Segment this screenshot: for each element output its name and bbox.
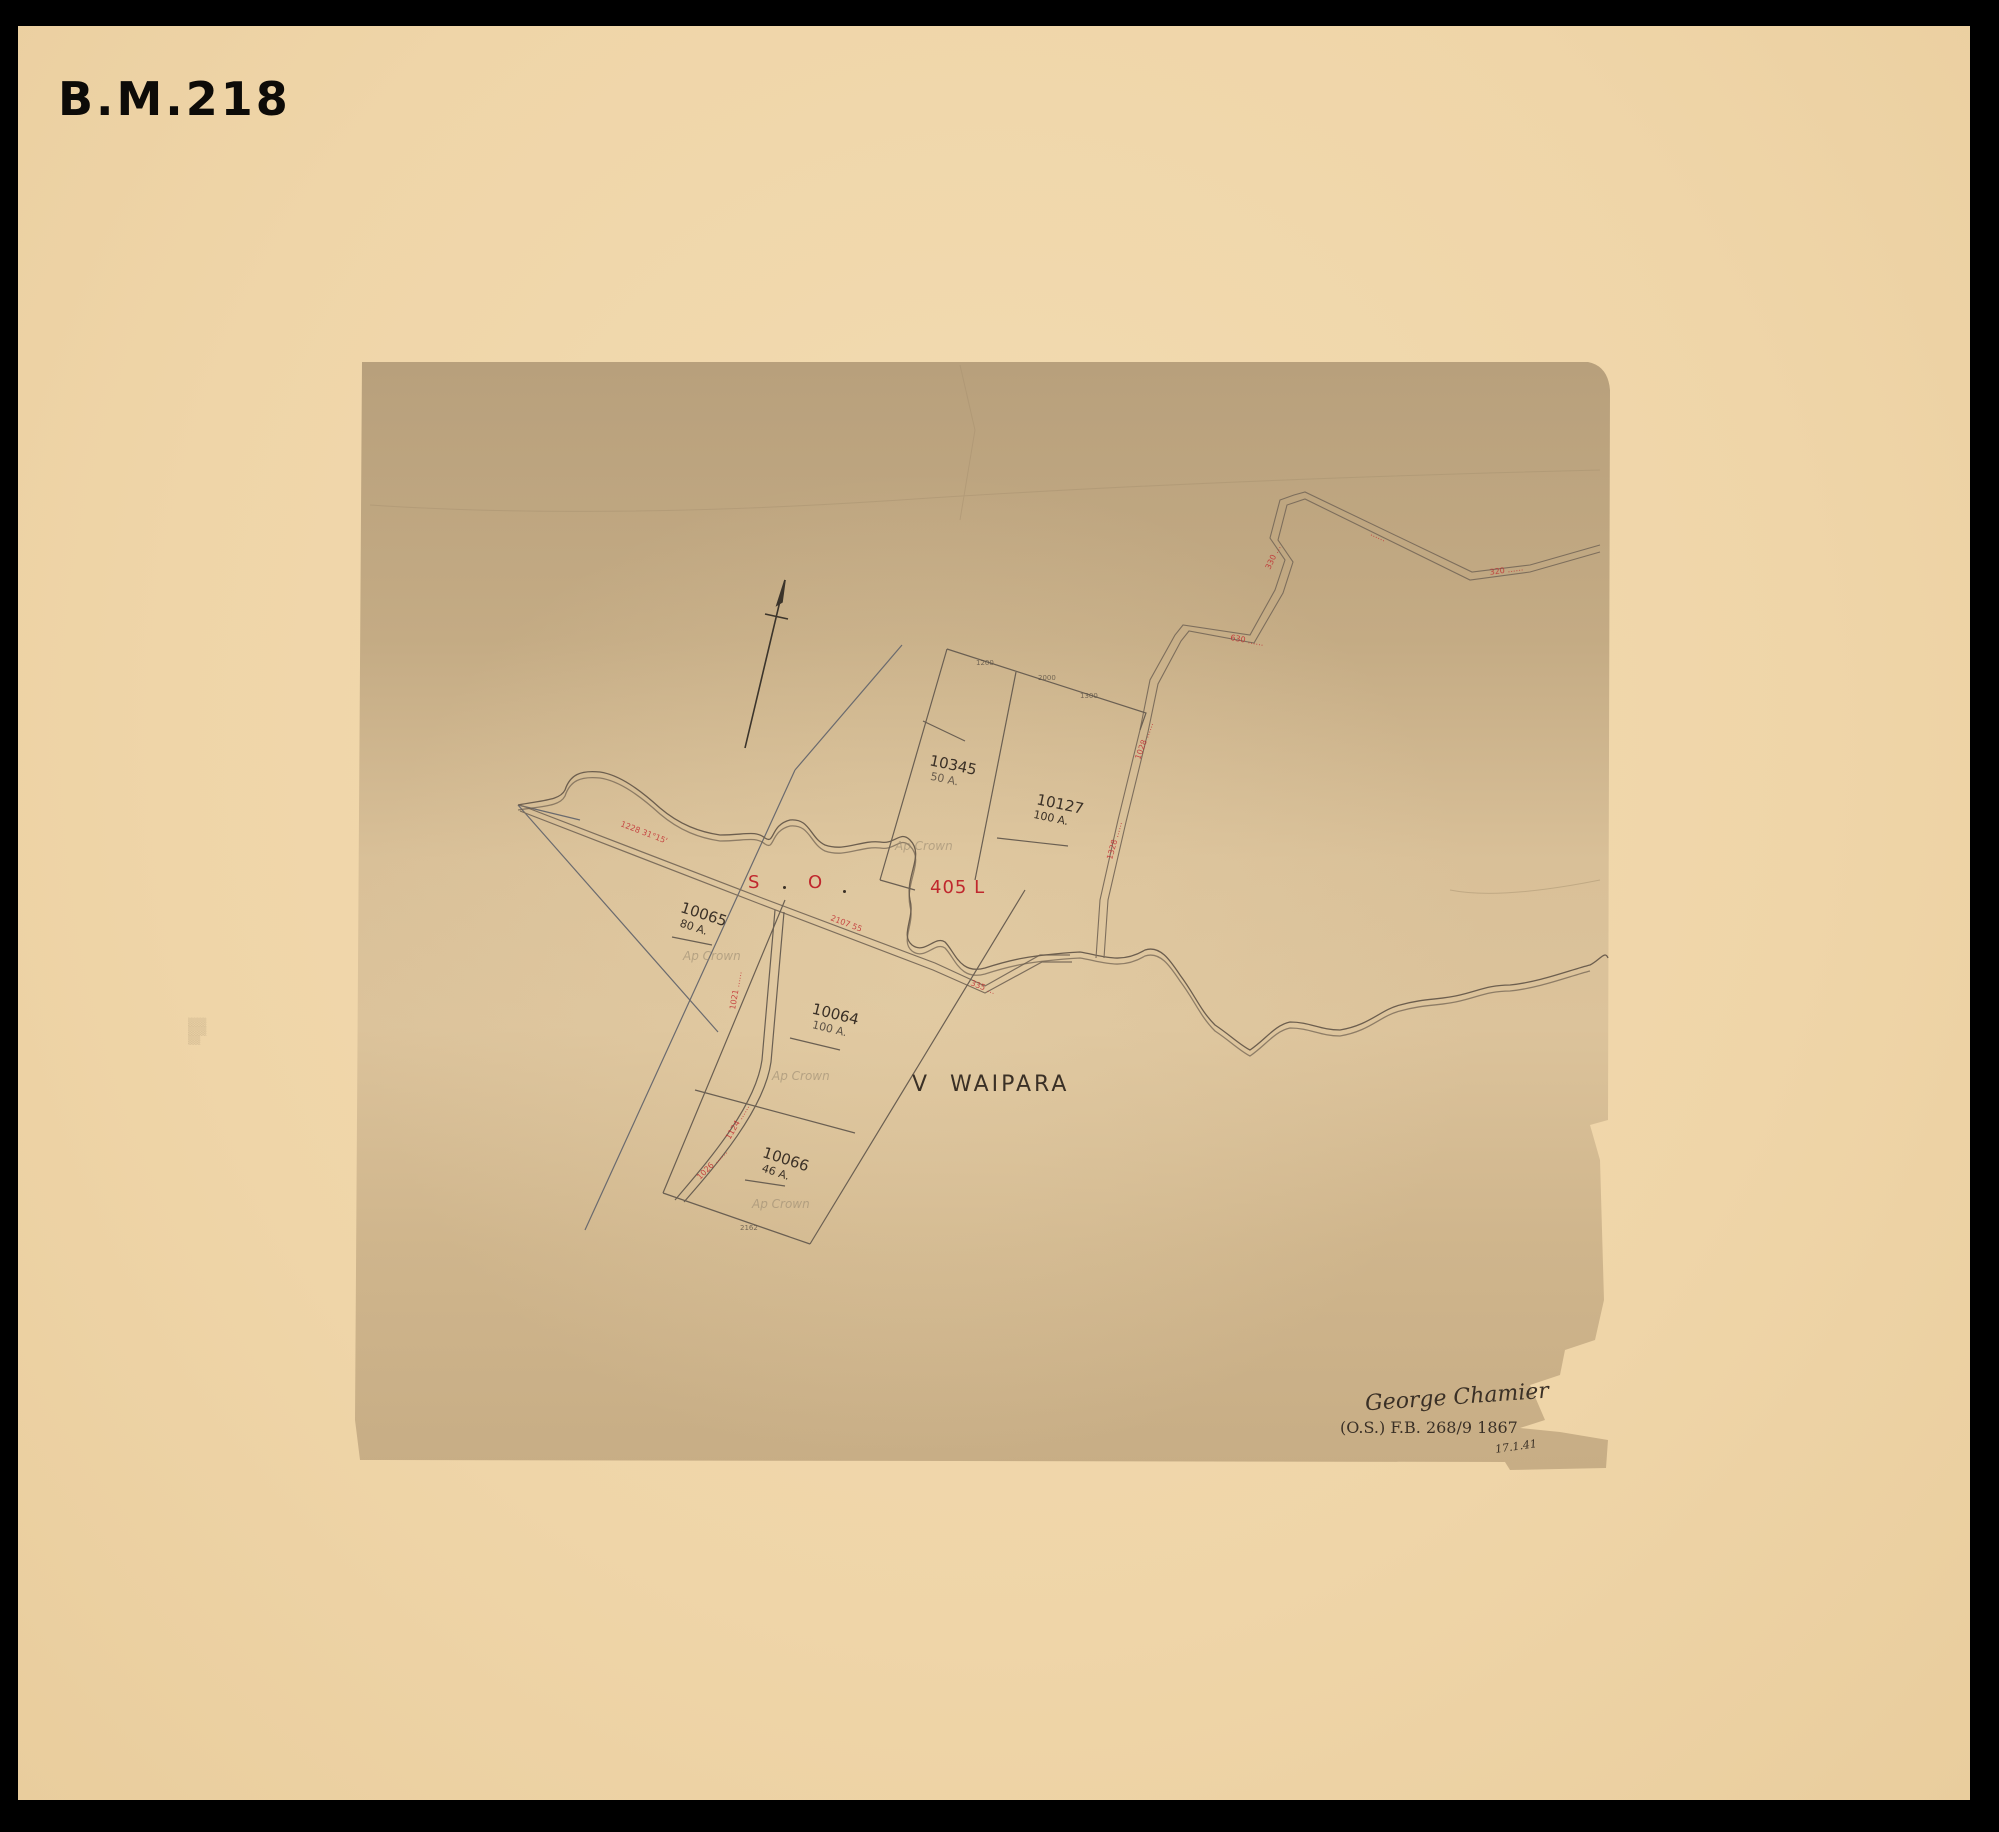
svg-text:1300: 1300: [1080, 692, 1098, 700]
survey-map: 1328 …… 1028 …… 630 …… 330 … …… 320 …… 1…: [0, 0, 1999, 1832]
district-label: V WAIPARA: [912, 1072, 1069, 1097]
svg-text:2162: 2162: [740, 1224, 758, 1232]
svg-text:Ap Crown: Ap Crown: [682, 949, 741, 963]
svg-text:Ap Crown: Ap Crown: [771, 1069, 830, 1083]
svg-text:2000: 2000: [1038, 674, 1056, 682]
svg-text:Ap Crown: Ap Crown: [751, 1197, 810, 1211]
svg-text:Ap Crown: Ap Crown: [894, 839, 953, 853]
survey-office-number: 405 L: [930, 877, 985, 898]
survey-office-o: O: [808, 872, 822, 893]
survey-office-s: S: [748, 872, 759, 893]
survey-office-dot: [783, 886, 786, 889]
survey-office-dot: [843, 890, 846, 893]
field-book-reference: (O.S.) F.B. 268/9 1867: [1340, 1418, 1518, 1437]
svg-text:1200: 1200: [976, 659, 994, 667]
